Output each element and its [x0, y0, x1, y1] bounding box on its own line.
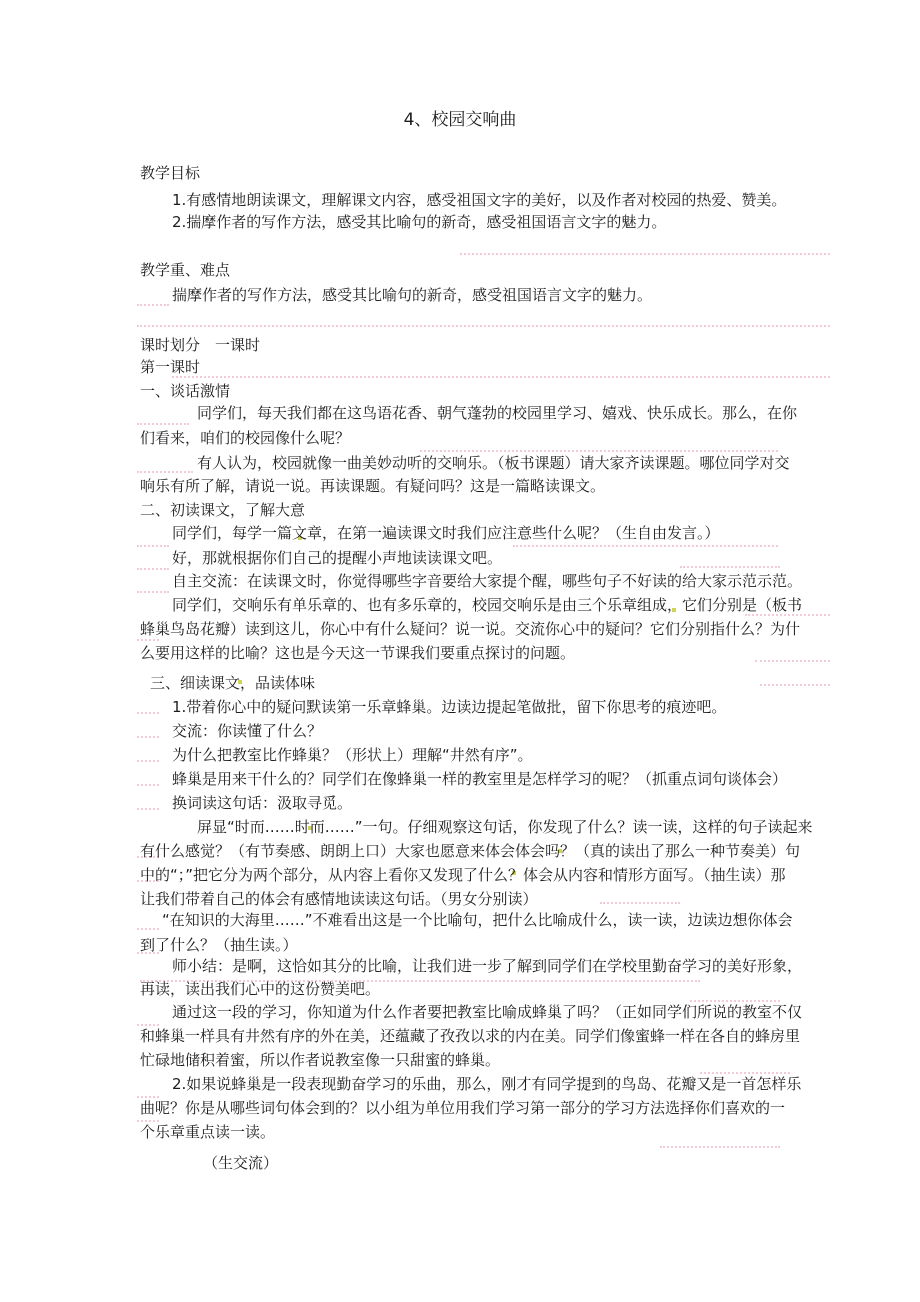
document-title: 4、校园交响曲	[0, 110, 920, 130]
dotted-underline-mark	[513, 545, 778, 547]
dotted-underline-mark	[137, 639, 159, 641]
dotted-underline-mark	[745, 614, 830, 616]
text-line: 个乐章重点读一读。	[140, 1124, 275, 1141]
text-line: （生交流）	[203, 1155, 278, 1172]
text-line: “在知识的大海里……”不难看出这是一个比喻句，把什么比喻成什么，读一读，边读边想…	[162, 912, 793, 929]
dotted-underline-mark	[137, 304, 169, 306]
text-line: 蜂巢是用来干什么的？同学们在像蜂巢一样的教室里是怎样学习的呢？（抓重点词句谈体会…	[172, 771, 787, 788]
dotted-underline-mark	[137, 928, 159, 930]
dotted-underline-mark	[700, 1072, 790, 1074]
text-line: 屏显“时而……时而……”一句。仔细观察这句话，你发现了什么？读一读，这样的句子读…	[197, 819, 813, 836]
text-line: 2.揣摩作者的写作方法，感受其比喻句的新奇，感受祖国语言文字的魅力。	[172, 214, 666, 231]
text-line: 好，那就根据你们自己的提醒小声地读读课文吧。	[172, 550, 502, 567]
dotted-underline-mark	[755, 660, 830, 662]
text-line: 同学们，每天我们都在这鸟语花香、朝气蓬勃的校园里学习、嬉戏、快乐成长。那么，在你	[197, 405, 797, 422]
dotted-underline-mark	[137, 545, 169, 547]
dotted-underline-mark	[680, 566, 780, 568]
dotted-underline-mark	[137, 1024, 159, 1026]
text-line: 三、细读课文，品读体味	[150, 675, 315, 692]
text-line: 师小结：是啊，这恰如其分的比喻，让我们进一步了解到同学们在学校里勤奋学习的美好形…	[172, 958, 802, 975]
text-line: 自主交流：在读课文时，你觉得哪些字音要给大家提个醒，哪些句子不好读的给大家示范示…	[172, 573, 802, 590]
text-line: 通过这一段的学习，你知道为什么作者要把教室比喻成蜂巢了吗？（正如同学们所说的教室…	[172, 1004, 802, 1021]
text-line: 们看来，咱们的校园像什么呢？	[140, 430, 350, 447]
text-line: 1.有感情地朗读课文，理解课文内容，感受祖国文字的美好，以及作者对校园的热爱、赞…	[172, 192, 786, 209]
dotted-underline-mark	[137, 736, 159, 738]
text-line: 第一课时	[140, 359, 200, 376]
dotted-underline-mark	[137, 423, 189, 425]
text-line: 1.带着你心中的疑问默读第一乐章蜂巢。边读边提起笔做批，留下你思考的痕迹吧。	[172, 699, 726, 716]
document-page: 4、校园交响曲 教学目标1.有感情地朗读课文，理解课文内容，感受祖国文字的美好，…	[0, 0, 920, 1302]
text-line: 教学重、难点	[140, 262, 230, 279]
dotted-underline-mark	[137, 808, 159, 810]
text-line: 有人认为，校园就像一曲美妙动听的交响乐。（板书课题）请大家齐读课题。哪位同学对交	[197, 455, 790, 472]
dotted-underline-mark	[137, 471, 193, 473]
text-line: 让我们带着自己的体会有感情地读读这句话。（男女分别读）	[140, 891, 538, 908]
text-line: 有什么感觉？（有节奏感、朗朗上口）大家也愿意来体会体会吗？（真的读出了那么一种节…	[140, 843, 800, 860]
text-line: 再读，读出我们心中的这份赞美吧。	[140, 981, 380, 998]
dotted-underline-mark	[137, 712, 159, 714]
dotted-underline-mark	[137, 568, 169, 570]
text-line: 中的“；”把它分为两个部分，从内容上看你又发现了什么？体会从内容和情形方面写。（…	[140, 867, 786, 884]
text-line: 课时划分 一课时	[140, 337, 260, 354]
text-line: 教学目标	[140, 165, 200, 182]
text-line: 响乐有所了解，请说一说。再读课题。有疑问吗？这是一篇略读课文。	[140, 478, 605, 495]
text-line: 同学们，交响乐有单乐章的、也有多乐章的，校园交响乐是由三个乐章组成，它们分别是（…	[172, 597, 802, 614]
text-line: 蜂巢鸟岛花瓣）读到这儿，你心中有什么疑问？说一说。交流你心中的疑问？它们分别指什…	[140, 621, 800, 638]
text-line: 交流：你读懂了什么？	[172, 723, 322, 740]
text-line: 一、谈话激情	[140, 383, 230, 400]
dotted-underline-mark	[137, 784, 159, 786]
text-line: 曲呢？你是从哪些词句体会到的？以小组为单位用我们学习第一部分的学习方法选择你们喜…	[140, 1100, 785, 1117]
text-line: 忙碌地储积着蜜，所以作者说教室像一只甜蜜的蜂巢。	[140, 1052, 500, 1069]
dotted-underline-mark	[137, 591, 169, 593]
dotted-underline-mark	[137, 1120, 159, 1122]
text-line: 到了什么？（抽生读。）	[140, 937, 298, 954]
dotted-underline-mark	[172, 376, 830, 378]
text-line: 和蜂巢一样具有井然有序的外在美，还蕴藏了孜孜以求的内在美。同学们像蜜蜂一样在各自…	[140, 1028, 800, 1045]
dotted-underline-mark	[137, 1096, 159, 1098]
dotted-underline-mark	[760, 684, 830, 686]
text-line: 二、初读课文，了解大意	[140, 502, 305, 519]
dotted-underline-mark	[690, 1000, 780, 1002]
text-line: 么要用这样的比喻？这也是今天这一节课我们要重点探讨的问题。	[140, 645, 575, 662]
text-line: 为什么把教室比作蜂巢？（形状上）理解“井然有序”。	[172, 747, 533, 764]
text-line: 换词读这句话：汲取寻觅。	[172, 795, 352, 812]
text-line: 揣摩作者的写作方法，感受其比喻句的新奇，感受祖国语言文字的魅力。	[172, 287, 652, 304]
dotted-underline-mark	[460, 253, 830, 255]
dotted-underline-mark	[420, 450, 778, 452]
dotted-underline-mark	[660, 1146, 780, 1148]
dotted-underline-mark	[137, 760, 159, 762]
dotted-underline-mark	[137, 325, 830, 327]
text-line: 同学们，每学一篇文章，在第一遍读课文时我们应注意些什么呢？（生自由发言。）	[172, 525, 720, 542]
dotted-underline-mark	[600, 902, 680, 904]
text-line: 2.如果说蜂巢是一段表现勤奋学习的乐曲，那么，刚才有同学提到的鸟岛、花瓣又是一首…	[172, 1076, 801, 1093]
